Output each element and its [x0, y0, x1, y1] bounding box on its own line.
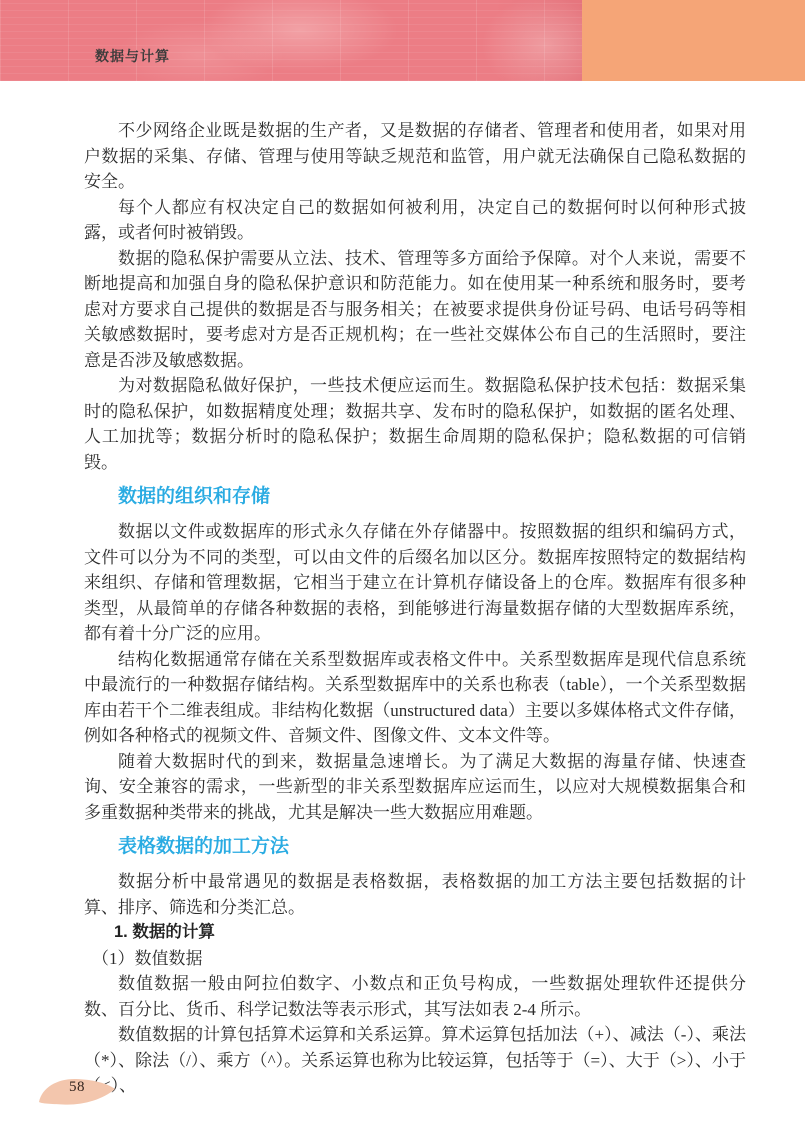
page-number: 58 [36, 1079, 118, 1096]
paragraph: 数据分析中最常遇见的数据是表格数据，表格数据的加工方法主要包括数据的计算、排序、… [84, 869, 746, 920]
content-area: 不少网络企业既是数据的生产者，又是数据的存储者、管理者和使用者，如果对用户数据的… [84, 118, 746, 1099]
paragraph: 结构化数据通常存储在关系型数据库或表格文件中。关系型数据库是现代信息系统中最流行… [84, 647, 746, 749]
section-heading: 数据的组织和存储 [118, 484, 746, 510]
header-orange-accent-block [582, 0, 805, 81]
textbook-page: { "header": { "title": "数据与计算" }, "page_… [0, 0, 805, 1145]
page-number-badge: 58 [36, 1076, 118, 1106]
paragraph: 每个人都应有权决定自己的数据如何被利用，决定自己的数据何时以何种形式披露，或者何… [84, 195, 746, 246]
numbered-subheading: 1. 数据的计算 [114, 920, 746, 946]
section-heading: 表格数据的加工方法 [118, 834, 746, 860]
paragraph: 数据以文件或数据库的形式永久存储在外存储器中。按照数据的组织和编码方式，文件可以… [84, 519, 746, 647]
paragraph: 数值数据的计算包括算术运算和关系运算。算术运算包括加法（+）、减法（-）、乘法（… [84, 1022, 746, 1099]
paragraph: 数据的隐私保护需要从立法、技术、管理等多方面给予保障。对个人来说，需要不断地提高… [84, 246, 746, 374]
page-header: 数据与计算 [0, 0, 805, 81]
paragraph: 不少网络企业既是数据的生产者，又是数据的存储者、管理者和使用者，如果对用户数据的… [84, 118, 746, 195]
header-pink-texture-band: 数据与计算 [0, 0, 582, 81]
sub-subheading: （1）数值数据 [92, 946, 746, 972]
paragraph: 为对数据隐私做好保护，一些技术便应运而生。数据隐私保护技术包括：数据采集时的隐私… [84, 373, 746, 475]
paragraph: 数值数据一般由阿拉伯数字、小数点和正负号构成，一些数据处理软件还提供分数、百分比… [84, 971, 746, 1022]
chapter-title: 数据与计算 [95, 46, 170, 66]
paragraph: 随着大数据时代的到来，数据量急速增长。为了满足大数据的海量存储、快速查询、安全兼… [84, 749, 746, 826]
